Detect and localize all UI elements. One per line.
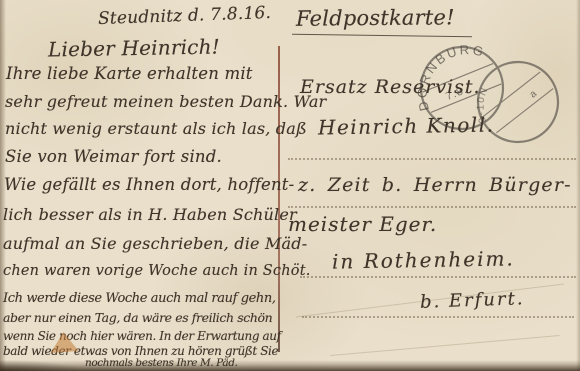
message-line: bald wieder etwas von Ihnen zu hören grü… — [3, 345, 278, 357]
message-line: Wie gefällt es Ihnen dort, hoffent- — [4, 177, 294, 194]
address-rule-line — [302, 316, 574, 318]
address-rule-line — [288, 158, 576, 160]
salutation: Lieber Heinrich! — [48, 37, 220, 60]
address-rule-line — [288, 206, 576, 208]
scratch-mark — [330, 335, 559, 356]
address-line: Ersatz Reservist. — [300, 78, 481, 97]
address-line: in Rothenheim. — [332, 248, 515, 271]
postmark-index-letter: a — [528, 88, 540, 100]
message-line: Ich werde diese Woche auch mal rauf gehn… — [3, 292, 276, 305]
address-rule-line — [300, 276, 576, 278]
dateline: Steudnitz d. 7.8.16. — [98, 5, 272, 28]
message-line: aber nur einen Tag, da wäre es freilich … — [3, 312, 272, 325]
message-line: Sie von Weimar fort sind. — [5, 149, 222, 166]
postcard-scan: Steudnitz d. 7.8.16. Lieber Heinrich! Ih… — [0, 0, 580, 371]
address-line: z. Zeit b. Herrn Bürger- — [298, 176, 572, 195]
message-line: nicht wenig erstaunt als ich las, daß — [5, 121, 307, 137]
message-line: sehr gefreut meinen besten Dank. War — [5, 94, 326, 110]
address-line: meister Eger. — [288, 214, 437, 234]
message-line: wenn Sie noch hier wären. In der Erwartu… — [3, 330, 281, 342]
address-line: b. Erfurt. — [420, 290, 525, 312]
message-line: lich besser als in H. Haben Schüler — [3, 207, 297, 223]
triangle-stain — [49, 331, 78, 353]
message-line: aufmal an Sie geschrieben, die Mäd- — [3, 236, 307, 252]
message-line: nochmals bestens Ihre M. Päd. — [85, 358, 238, 369]
address-line: Heinrich Knoll. — [318, 114, 495, 137]
right-edge-shadow — [576, 0, 580, 371]
svg-text:DORNBURG: DORNBURG — [404, 32, 502, 115]
message-line: chen waren vorige Woche auch in Schöt. — [3, 264, 311, 279]
postmark-town-text: DORNBURG — [404, 32, 502, 115]
message-line: Ihre liebe Karte erhalten mit — [6, 66, 253, 83]
